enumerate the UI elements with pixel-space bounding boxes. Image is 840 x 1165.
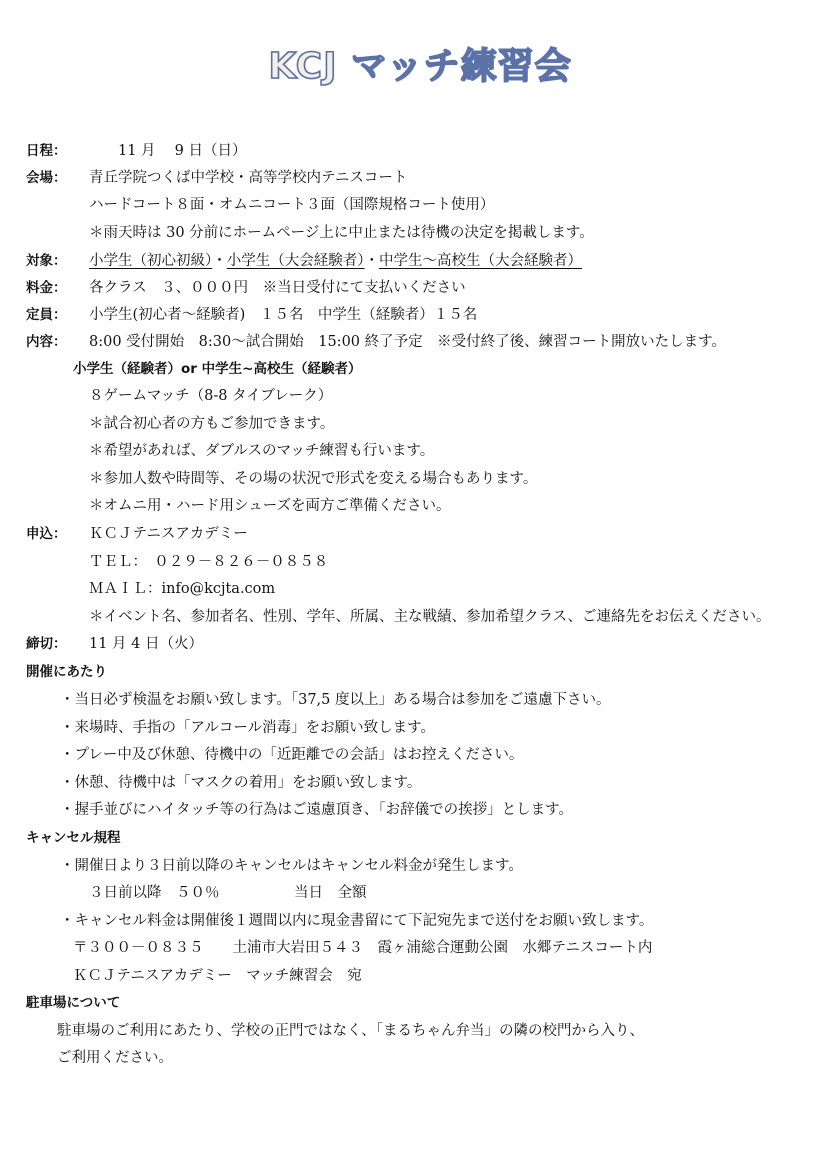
- cancel-recipient: ＫＣＪテニスアカデミー マッチ練習会 宛: [73, 964, 362, 988]
- separator: ・: [365, 253, 380, 269]
- venue-label: 会場：: [26, 166, 67, 190]
- content-value: 8:00 受付開始 8:30～試合開始 15:00 終了予定 ※受付終了後、練習…: [89, 330, 726, 354]
- cancel-rule-2: ・キャンセル料金は開催後１週間以内に現金書留にて下記宛先まで送付をお願い致します…: [60, 909, 653, 933]
- cancel-rule-1: ・開催日より３日前以降のキャンセルはキャンセル料金が発生します。: [60, 854, 523, 878]
- class-elementary-experienced: 小学生（大会経験者）: [227, 253, 365, 269]
- application-org: ＫＣＪテニスアカデミー: [89, 522, 248, 546]
- notice-heading: 開催にあたり: [26, 660, 107, 684]
- cancel-address: 〒３００－０８３５ 土浦市大岩田５４３ 霞ヶ浦総合運動公園 水郷テニスコート内: [73, 936, 652, 960]
- class-junior-senior-high: 中学生～高校生（大会経験者）: [379, 253, 582, 269]
- schedule-label: 日程：: [26, 139, 67, 163]
- notice-item: ・当日必ず検温をお願い致します。「37,5 度以上」ある場合は参加をご遠慮下さい…: [60, 688, 610, 712]
- content-label: 内容：: [26, 330, 67, 354]
- fee-label: 料金：: [26, 276, 67, 300]
- separator: ・: [212, 253, 227, 269]
- cancel-heading: キャンセル規程: [26, 826, 121, 850]
- page-title: KCJ マッチ練習会: [0, 38, 840, 89]
- notice-item: ・プレー中及び休憩、待機中の「近距離での会話」はお控えください。: [60, 743, 523, 767]
- application-note: ＊イベント名、参加者名、性別、学年、所属、主な戦績、参加希望クラス、ご連絡先をお…: [89, 605, 771, 629]
- cancel-rate-sameday: 当日 全額: [294, 881, 367, 905]
- mail-address[interactable]: info@kcjta.com: [162, 581, 276, 597]
- parking-line-1: 駐車場のご利用にあたり、学校の正門ではなく、「まるちゃん弁当」の隣の校門から入り…: [57, 1019, 644, 1043]
- content-item: ＊オムニ用・ハード用シューズを両方ご準備ください。: [89, 494, 450, 518]
- capacity-value: 小学生(初心者～経験者) １５名 中学生（経験者）１５名: [89, 303, 477, 327]
- deadline-label: 締切：: [26, 632, 67, 656]
- notice-item: ・来場時、手指の「アルコール消毒」をお願い致します。: [60, 716, 435, 740]
- application-tel: ＴＥＬ： ０２９－８２６－０８５８: [89, 550, 328, 574]
- content-item: ８ゲームマッチ（8-8 タイブレーク）: [89, 384, 332, 408]
- target-label: 対象：: [26, 249, 67, 273]
- venue-courts: ハードコート８面・オムニコート３面（国際規格コート使用）: [89, 193, 494, 217]
- capacity-label: 定員：: [26, 303, 67, 327]
- parking-line-2: ご利用ください。: [57, 1046, 173, 1070]
- content-item: ＊希望があれば、ダブルスのマッチ練習も行います。: [89, 439, 434, 463]
- class-beginner: 小学生（初心初級）: [89, 253, 212, 269]
- venue-name: 青丘学院つくば中学校・高等学校内テニスコート: [89, 166, 407, 190]
- deadline-value: 11 月 4 日（火）: [89, 632, 203, 656]
- venue-rain-note: ＊雨天時は 30 分前にホームページ上に中止または待機の決定を掲載します。: [89, 221, 594, 245]
- schedule-value: 11 月 9 日（日）: [118, 139, 247, 163]
- content-item: ＊参加人数や時間等、その場の状況で形式を変える場合もあります。: [89, 467, 537, 491]
- application-label: 申込：: [26, 522, 67, 546]
- content-item: ＊試合初心者の方もご参加できます。: [89, 412, 334, 436]
- notice-item: ・休憩、待機中は「マスクの着用」をお願い致します。: [60, 771, 421, 795]
- cancel-rate-3days: ３日前以降 ５０％: [89, 881, 220, 905]
- target-classes: 小学生（初心初級）・小学生（大会経験者）・中学生～高校生（大会経験者）: [89, 249, 582, 273]
- notice-item: ・握手並びにハイタッチ等の行為はご遠慮頂き、「お辞儀での挨拶」とします。: [60, 798, 573, 822]
- parking-heading: 駐車場について: [26, 991, 120, 1015]
- content-subheading: 小学生（経験者）or 中学生~高校生（経験者）: [73, 357, 361, 381]
- mail-label: ＭＡＩＬ：: [89, 581, 162, 597]
- fee-value: 各クラス ３、０００円 ※当日受付にて支払いください: [89, 276, 466, 300]
- application-mail-row: ＭＡＩＬ：info@kcjta.com: [89, 577, 275, 601]
